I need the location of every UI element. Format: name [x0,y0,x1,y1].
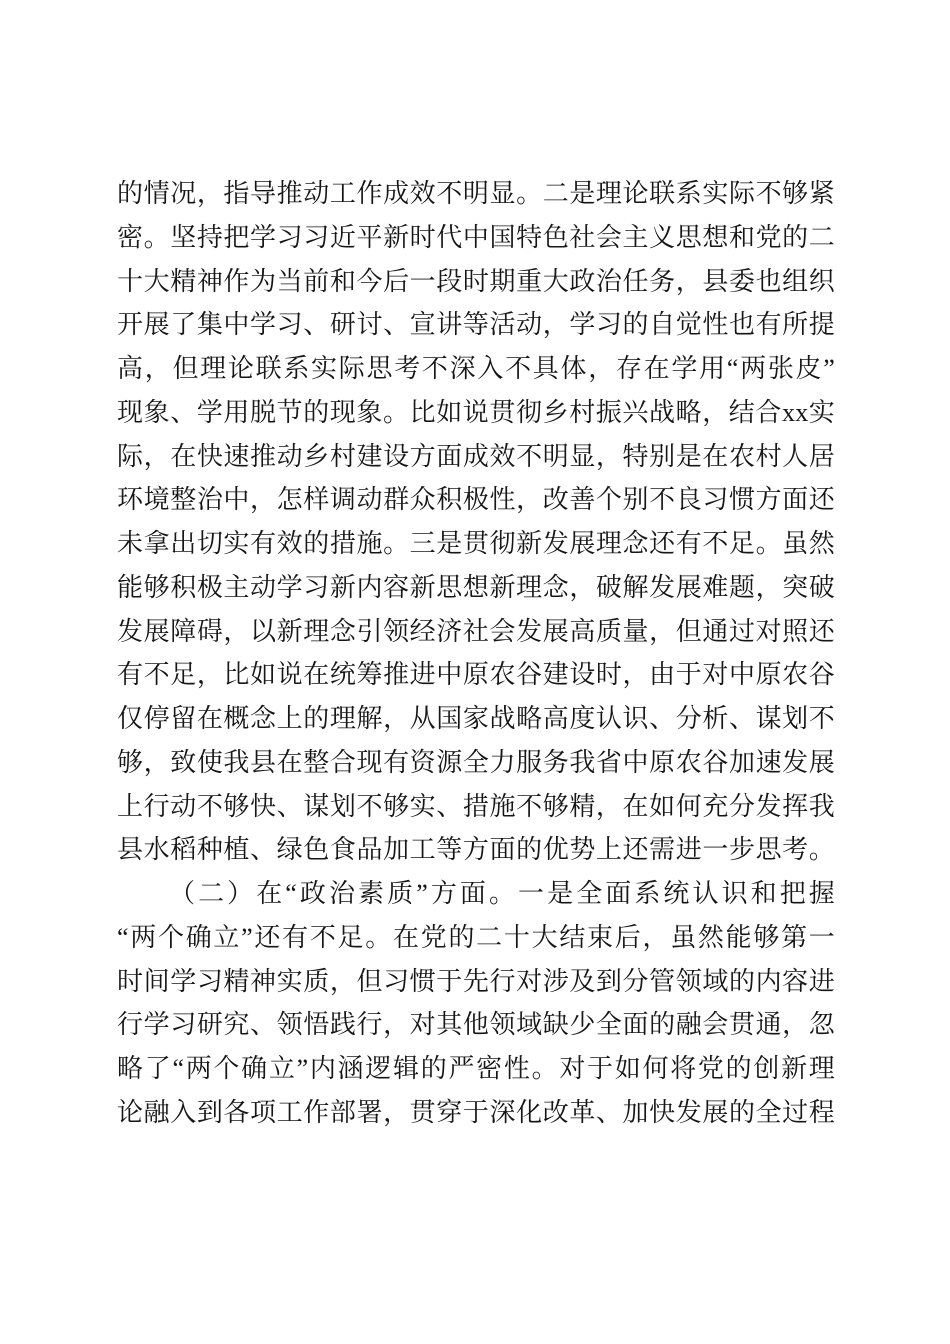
text-line: 发展障碍，以新理念引领经济社会发展高质量，但通过对照还 [117,610,835,654]
text-line: 能够积极主动学习新内容新思想新理念，破解发展难题，突破 [117,566,835,610]
text-line: 县水稻种植、绿色食品加工等方面的优势上还需进一步思考。 [117,828,835,872]
text-line: 际，在快速推动乡村建设方面成效不明显，特别是在农村人居 [117,435,835,479]
text-line: 高，但理论联系实际思考不深入不具体，存在学用“两张皮” [117,347,835,391]
text-line: 时间学习精神实质，但习惯于先行对涉及到分管领域的内容进 [117,960,835,1004]
text-line-paragraph-start: （二）在“政治素质”方面。一是全面系统认识和把握 [117,872,835,916]
text-line: 十大精神作为当前和今后一段时期重大政治任务，县委也组织 [117,260,835,304]
text-line: 现象、学用脱节的现象。比如说贯彻乡村振兴战略，结合xx实 [117,391,835,435]
text-line: 仅停留在概念上的理解，从国家战略高度认识、分析、谋划不 [117,697,835,741]
text-line: 略了“两个确立”内涵逻辑的严密性。对于如何将党的创新理 [117,1047,835,1091]
document-page: 的情况，指导推动工作成效不明显。二是理论联系实际不够紧 密。坚持把学习习近平新时… [0,0,950,1344]
text-line: “两个确立”还有不足。在党的二十大结束后，虽然能够第一 [117,916,835,960]
document-text-block: 的情况，指导推动工作成效不明显。二是理论联系实际不够紧 密。坚持把学习习近平新时… [117,172,835,1135]
text-line: 开展了集中学习、研讨、宣讲等活动，学习的自觉性也有所提 [117,303,835,347]
text-line: 的情况，指导推动工作成效不明显。二是理论联系实际不够紧 [117,172,835,216]
text-line: 未拿出切实有效的措施。三是贯彻新发展理念还有不足。虽然 [117,522,835,566]
text-line: 论融入到各项工作部署，贯穿于深化改革、加快发展的全过程 [117,1091,835,1135]
text-line: 行学习研究、领悟践行，对其他领域缺少全面的融会贯通，忽 [117,1003,835,1047]
text-line: 有不足，比如说在统筹推进中原农谷建设时，由于对中原农谷 [117,653,835,697]
text-line: 够，致使我县在整合现有资源全力服务我省中原农谷加速发展 [117,741,835,785]
text-line: 密。坚持把学习习近平新时代中国特色社会主义思想和党的二 [117,216,835,260]
text-line: 环境整治中，怎样调动群众积极性，改善个别不良习惯方面还 [117,478,835,522]
text-line: 上行动不够快、谋划不够实、措施不够精，在如何充分发挥我 [117,785,835,829]
